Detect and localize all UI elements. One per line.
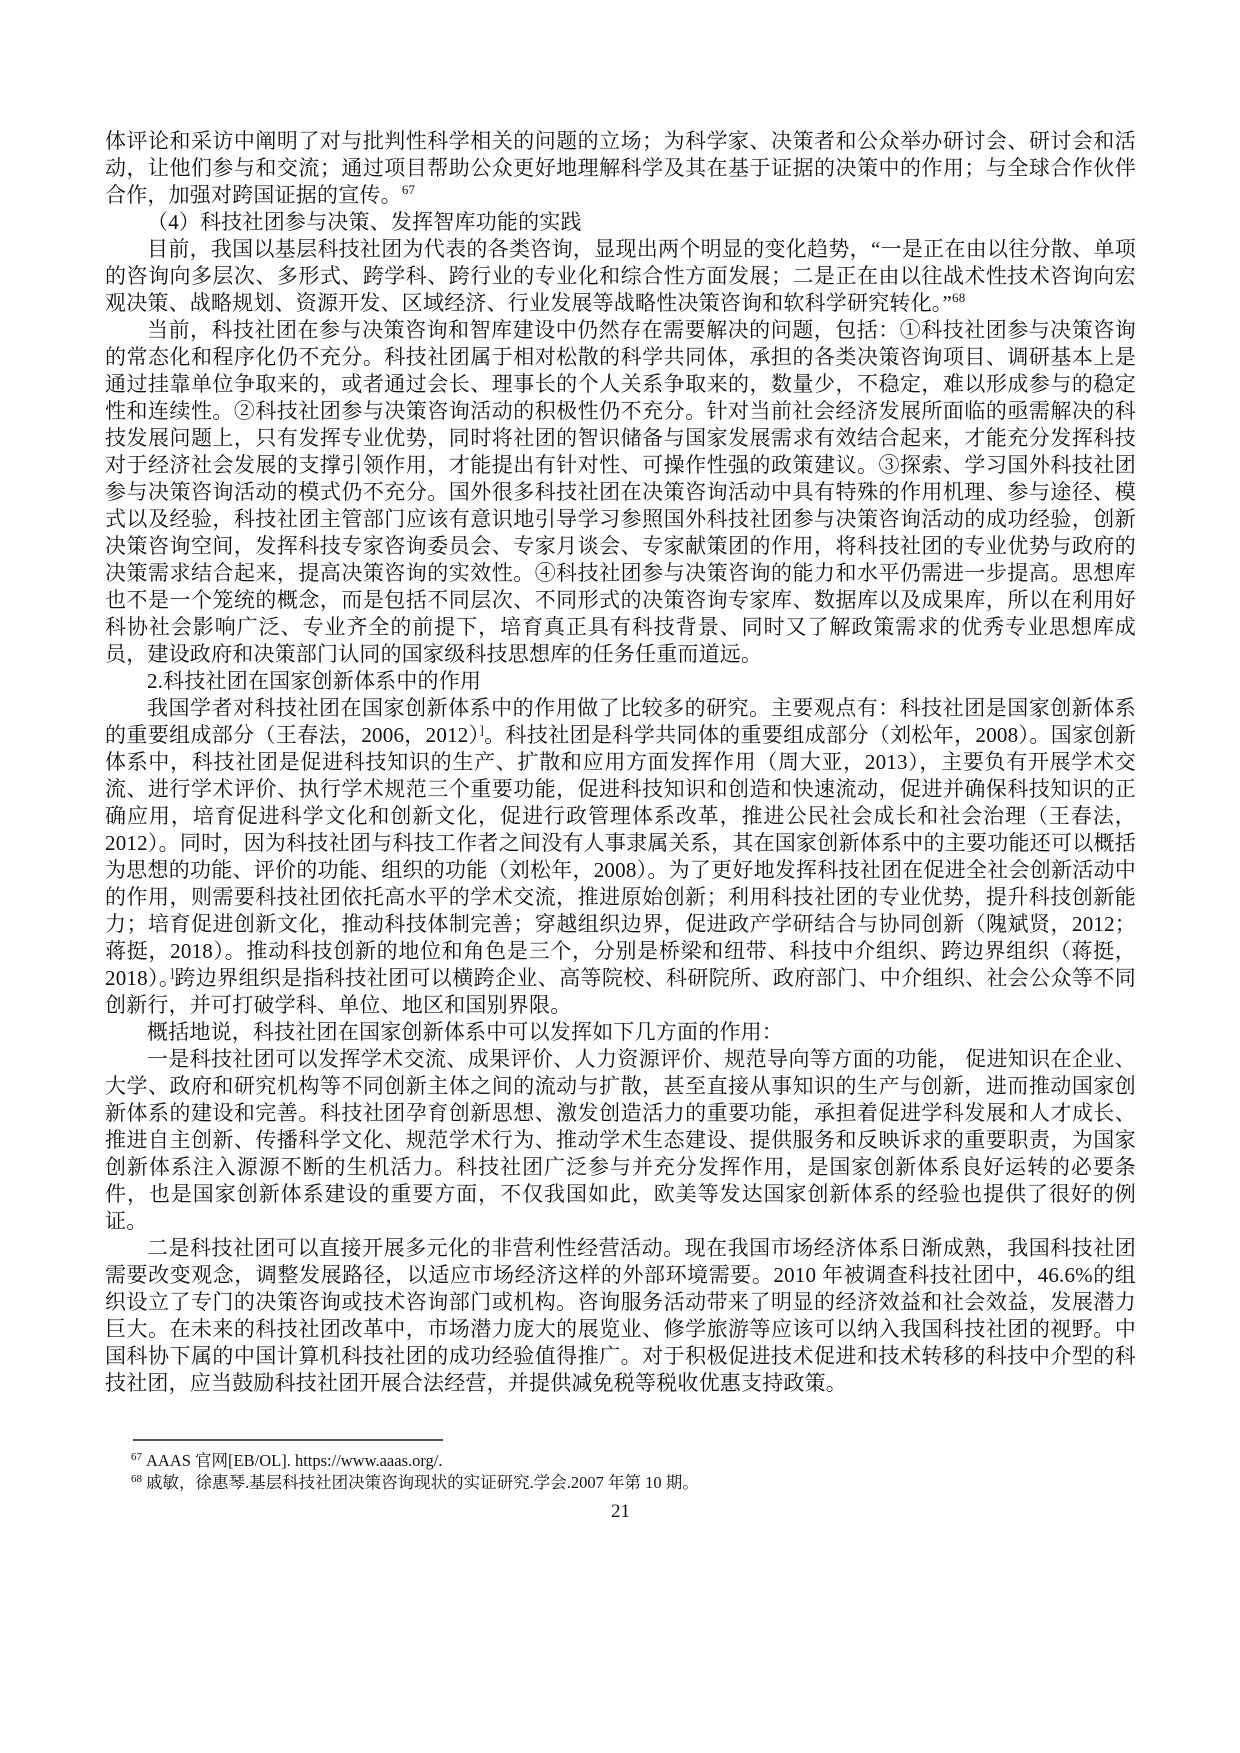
- footnote-item: 67AAAS 官网[EB/OL]. https://www.aaas.org/.: [131, 1450, 1136, 1472]
- footnote-text: 戚敏，徐惠琴.基层科技社团决策咨询现状的实证研究.学会.2007 年第 10 期…: [146, 1473, 699, 1492]
- text-run: 目前，我国以基层科技社团为代表的各类咨询，显现出两个明显的变化趋势，“一是正在由…: [105, 237, 1136, 315]
- footnote-item: 68戚敏，徐惠琴.基层科技社团决策咨询现状的实证研究.学会.2007 年第 10…: [131, 1472, 1136, 1494]
- document-page: 体评论和采访中阐明了对与批判性科学相关的问题的立场；为科学家、决策者和公众举办研…: [0, 0, 1240, 1753]
- text-run: 体评论和采访中阐明了对与批判性科学相关的问题的立场；为科学家、决策者和公众举办研…: [105, 129, 1136, 207]
- paragraph: 目前，我国以基层科技社团为代表的各类咨询，显现出两个明显的变化趋势，“一是正在由…: [105, 236, 1136, 317]
- paragraph: 我国学者对科技社团在国家创新体系中的作用做了比较多的研究。主要观点有：科技社团是…: [105, 695, 1136, 1019]
- footnote-ref: 68: [952, 290, 965, 305]
- paragraph: 一是科技社团可以发挥学术交流、成果评价、人力资源评价、规范导向等方面的功能， 促…: [105, 1046, 1136, 1235]
- footnotes-section: 67AAAS 官网[EB/OL]. https://www.aaas.org/.…: [105, 1439, 1136, 1494]
- text-run: 一是科技社团可以发挥学术交流、成果评价、人力资源评价、规范导向等方面的功能， 促…: [105, 1047, 1136, 1233]
- section-heading-2: 2.科技社团在国家创新体系中的作用: [105, 668, 1136, 695]
- page-number: 21: [105, 1501, 1136, 1523]
- text-run: 跨边界组织是指科技社团可以横跨企业、高等院校、科研院所、政府部门、中介组织、社会…: [105, 966, 1136, 1017]
- paragraph-continuation: 体评论和采访中阐明了对与批判性科学相关的问题的立场；为科学家、决策者和公众举办研…: [105, 128, 1136, 209]
- text-run: 2.科技社团在国家创新体系中的作用: [147, 669, 481, 693]
- footnote-ref: 67: [402, 182, 415, 197]
- paragraph: 当前，科技社团在参与决策咨询和智库建设中仍然存在需要解决的问题，包括：①科技社团…: [105, 317, 1136, 668]
- text-run: 二是科技社团可以直接开展多元化的非营利性经营活动。现在我国市场经济体系日渐成熟，…: [105, 1236, 1136, 1395]
- section-heading-4: （4）科技社团参与决策、发挥智库功能的实践: [105, 209, 1136, 236]
- paragraph: 概括地说，科技社团在国家创新体系中可以发挥如下几方面的作用：: [105, 1019, 1136, 1046]
- text-run: 概括地说，科技社团在国家创新体系中可以发挥如下几方面的作用：: [147, 1020, 783, 1044]
- text-run: 当前，科技社团在参与决策咨询和智库建设中仍然存在需要解决的问题，包括：①科技社团…: [105, 318, 1136, 666]
- text-run: 。科技社团是科学共同体的重要组成部分（刘松年，2008）。国家创新体系中，科技社…: [105, 723, 1136, 990]
- footnote-separator: [133, 1439, 443, 1441]
- footnote-text: AAAS 官网[EB/OL]. https://www.aaas.org/.: [146, 1451, 443, 1470]
- document-body: 体评论和采访中阐明了对与批判性科学相关的问题的立场；为科学家、决策者和公众举办研…: [105, 128, 1136, 1397]
- footnote-marker: 67: [131, 1451, 142, 1463]
- footnote-marker: 68: [131, 1473, 142, 1485]
- footnote-list: 67AAAS 官网[EB/OL]. https://www.aaas.org/.…: [105, 1450, 1136, 1494]
- paragraph: 二是科技社团可以直接开展多元化的非营利性经营活动。现在我国市场经济体系日渐成熟，…: [105, 1235, 1136, 1397]
- text-run: （4）科技社团参与决策、发挥智库功能的实践: [147, 210, 582, 234]
